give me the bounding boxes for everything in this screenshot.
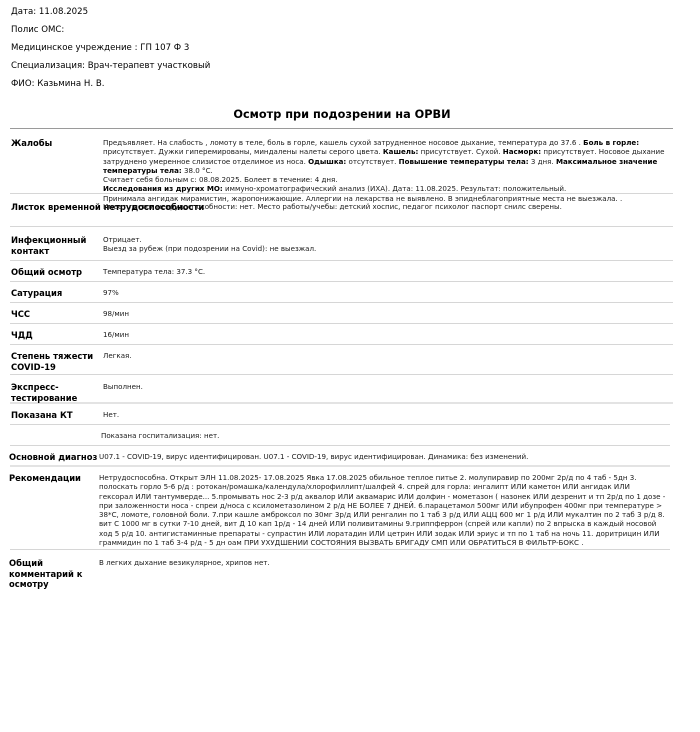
row-label: ЧСС [10,309,103,323]
row-label: Жалобы [10,138,103,193]
exam-table: Жалобы Предъявляет. На слабость , ломоту… [10,128,673,594]
row-label: Основной диагноз [9,452,99,465]
row-label: Сатурация [10,288,103,302]
row-label: Экспресс-тестирование [10,382,103,402]
row-main-diagnosis: Основной диагноз U07.1 - COVID-19, вирус… [10,446,670,467]
row-general-exam: Общий осмотр Температура тела: 37.3 °C. [10,261,673,282]
infectious-contact-value: Отрицает. Выезд за рубеж (при подозрении… [103,235,673,260]
sick-leave-value: Имеет листок нетрудоспособности: нет. Ме… [103,202,673,226]
row-label [10,431,101,445]
row-label: ЧДД [10,330,103,344]
medical-institution: Медицинское учреждение : ГП 107 Ф 3 [11,42,210,60]
general-comment-value: В легких дыхание везикулярное, хрипов не… [99,558,670,594]
row-ct-indicated: Показана КТ Нет. [10,404,670,425]
hospitalization-value: Показана госпитализация: нет. [101,431,670,445]
oms-policy: Полис ОМС: [11,24,210,42]
saturation-value: 97% [103,288,673,302]
document-title: Осмотр при подозрении на ОРВИ [0,108,684,121]
row-express-test: Экспресс-тестирование Выполнен. [10,375,673,404]
row-covid-severity: Степень тяжести COVID-19 Легкая. [10,345,673,375]
row-saturation: Сатурация 97% [10,282,673,303]
row-heart-rate: ЧСС 98/мин [10,303,673,324]
row-label: Показана КТ [10,410,103,424]
express-test-value: Выполнен. [103,382,673,402]
complaints-value: Предъявляет. На слабость , ломоту в теле… [103,138,673,193]
recommendations-value: Нетрудоспособна. Открыт ЭЛН 11.08.2025- … [99,473,670,549]
covid-severity-value: Легкая. [103,351,673,374]
row-label: Инфекционный контакт [10,235,103,260]
row-label: Степень тяжести COVID-19 [10,351,103,374]
row-hospitalization: Показана госпитализация: нет. [10,425,670,446]
row-recommendations: Рекомендации Нетрудоспособна. Открыт ЭЛН… [10,467,670,550]
heart-rate-value: 98/мин [103,309,673,323]
row-label: Листок временной нетрудоспособности [10,202,103,226]
row-general-comment: Общий комментарий к осмотру В легких дых… [10,550,670,594]
doctor-specialization: Специализация: Врач-терапевт участковый [11,60,210,78]
exam-date: Дата: 11.08.2025 [11,6,210,24]
row-complaints: Жалобы Предъявляет. На слабость , ломоту… [10,129,673,194]
ct-indicated-value: Нет. [103,410,670,424]
patient-name: ФИО: Казьмина Н. В. [11,78,210,96]
row-label: Общий осмотр [10,267,103,281]
row-label: Общий комментарий к осмотру [9,558,99,594]
main-diagnosis-value: U07.1 - COVID-19, вирус идентифицирован.… [99,452,670,465]
general-exam-value: Температура тела: 37.3 °C. [103,267,673,281]
respiratory-rate-value: 16/мин [103,330,673,344]
patient-header: Дата: 11.08.2025 Полис ОМС: Медицинское … [11,6,210,96]
row-infectious-contact: Инфекционный контакт Отрицает. Выезд за … [10,227,673,261]
row-label: Рекомендации [9,473,99,549]
row-respiratory-rate: ЧДД 16/мин [10,324,673,345]
